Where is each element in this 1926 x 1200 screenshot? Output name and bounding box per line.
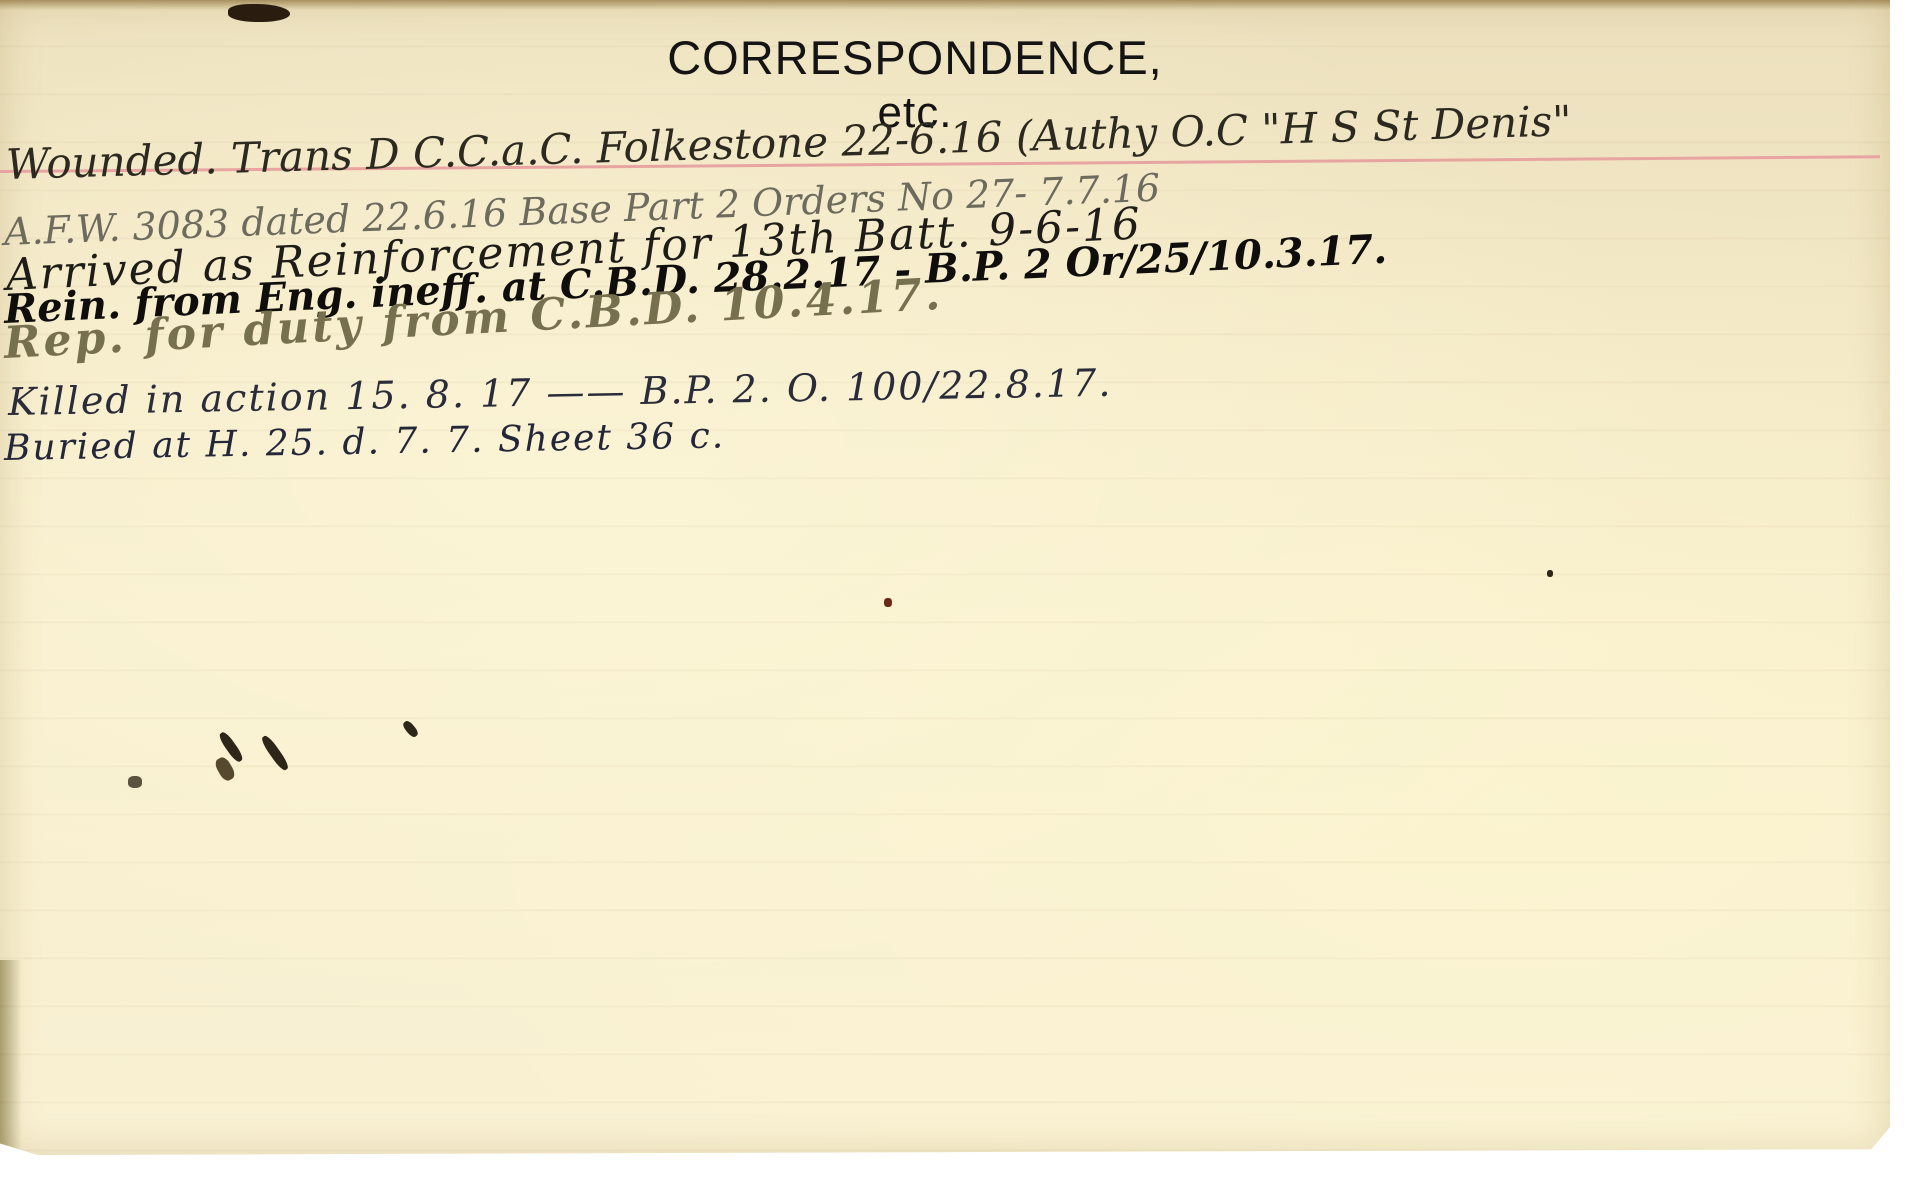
entry-buried: Buried at H. 25. d. 7. 7. Sheet 36 c. xyxy=(4,415,726,469)
entry-killed: Killed in action 15. 8. 17 —— B.P. 2. O.… xyxy=(8,361,1113,424)
ink-mark xyxy=(401,719,419,739)
ink-mark xyxy=(128,776,142,788)
card-heading: CORRESPONDENCE, xyxy=(0,30,1830,85)
ink-dot xyxy=(1547,570,1553,577)
edge-stain xyxy=(0,960,22,1150)
record-card: CORRESPONDENCE, etc. Wounded. Trans D C.… xyxy=(0,0,1890,1155)
ink-mark xyxy=(259,734,290,773)
ink-blot xyxy=(228,4,290,22)
rust-spot xyxy=(884,598,892,607)
